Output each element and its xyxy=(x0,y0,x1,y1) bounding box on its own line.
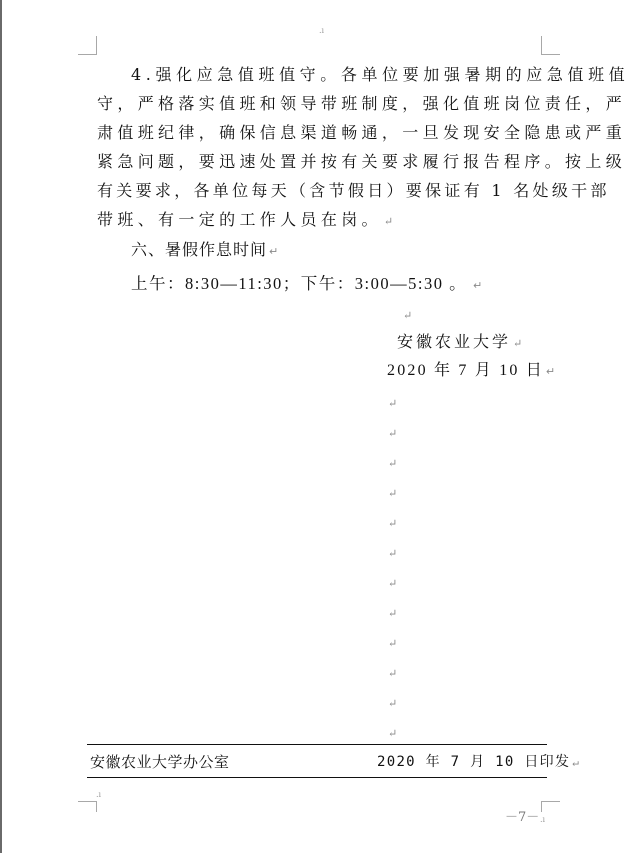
section-heading-row: 六、暑假作息时间↵ xyxy=(131,240,577,262)
crop-mark-top-left xyxy=(78,36,97,55)
signature-date-row: 2020 年 7 月 10 日↵ xyxy=(387,361,555,382)
page-edge xyxy=(0,0,2,853)
paragraph-line: 4.强化应急值班值守。各单位要加强暑期的应急值班值 xyxy=(131,65,543,85)
paragraph-line-last: 带班、有一定的工作人员在岗。↵ xyxy=(97,210,543,232)
signature-organization: 安徽农业大学 xyxy=(397,332,511,351)
paragraph-mark-icon: ↵ xyxy=(388,608,397,620)
paragraph-line: 紧急问题，要迅速处置并按有关要求履行报告程序。按上级 xyxy=(97,152,543,172)
paragraph-line: 肃值班纪律，确保信息渠道畅通，一旦发现安全隐患或严重 xyxy=(97,123,543,143)
paragraph-line: 守，严格落实值班和领导带班制度，强化值班岗位责任，严 xyxy=(97,94,543,114)
footer-issuer: 安徽农业大学办公室 xyxy=(90,751,230,772)
header-anchor-mark: .ı xyxy=(319,26,324,35)
paragraph-mark-icon: ↵ xyxy=(269,245,278,258)
paragraph-line-text: 带班、有一定的工作人员在岗。 xyxy=(97,210,382,229)
footer-rule-top xyxy=(87,744,547,745)
paragraph-mark-icon: ↵ xyxy=(384,215,393,228)
footer-issue-date: 2020 年 7 月 10 日印发 xyxy=(377,754,570,770)
schedule-text: 上午：8:30—11:30；下午：3:00—5:30 。 xyxy=(131,274,467,293)
crop-mark-bottom-left xyxy=(78,801,97,812)
crop-mark-bottom-right xyxy=(541,801,560,812)
page-number: －7－ xyxy=(505,806,539,825)
signature-date: 2020 年 7 月 10 日 xyxy=(387,362,544,379)
paragraph-line: 有关要求，各单位每天（含节假日）要保证有 1 名处级干部 xyxy=(97,181,543,201)
paragraph-mark-icon: ↵ xyxy=(388,458,397,470)
paragraph-mark-icon: ↵ xyxy=(388,728,397,740)
footer-rule-bottom xyxy=(87,777,547,778)
paragraph-mark-icon: ↵ xyxy=(388,548,397,560)
paragraph-mark-icon: ↵ xyxy=(388,428,397,440)
paragraph-mark-icon: ↵ xyxy=(388,638,397,650)
paragraph-mark-icon: ↵ xyxy=(473,280,482,292)
paragraph-mark-icon: ↵ xyxy=(546,366,555,378)
paragraph-mark-icon: ↵ xyxy=(388,488,397,500)
paragraph-mark-icon: ↵ xyxy=(388,668,397,680)
paragraph-mark-icon: ↵ xyxy=(388,518,397,530)
paragraph-mark-icon: ↵ xyxy=(572,756,579,769)
footer-issue-date-row: 2020 年 7 月 10 日印发↵ xyxy=(377,751,579,771)
page-number-anchor-mark: .ı xyxy=(540,815,545,824)
paragraph-mark-icon: ↵ xyxy=(388,398,397,410)
schedule-row: 上午：8:30—11:30；下午：3:00—5:30 。↵ xyxy=(131,274,577,296)
paragraph-mark-icon: ↵ xyxy=(403,310,412,322)
paragraph-mark-icon: ↵ xyxy=(513,337,522,350)
section-heading: 六、暑假作息时间 xyxy=(131,240,267,259)
paragraph-mark-icon: ↵ xyxy=(388,578,397,590)
paragraph-mark-icon: ↵ xyxy=(388,698,397,710)
footer-anchor-mark: .ı xyxy=(96,790,101,799)
crop-mark-top-right xyxy=(541,36,560,55)
signature-org-row: 安徽农业大学↵ xyxy=(397,332,522,354)
